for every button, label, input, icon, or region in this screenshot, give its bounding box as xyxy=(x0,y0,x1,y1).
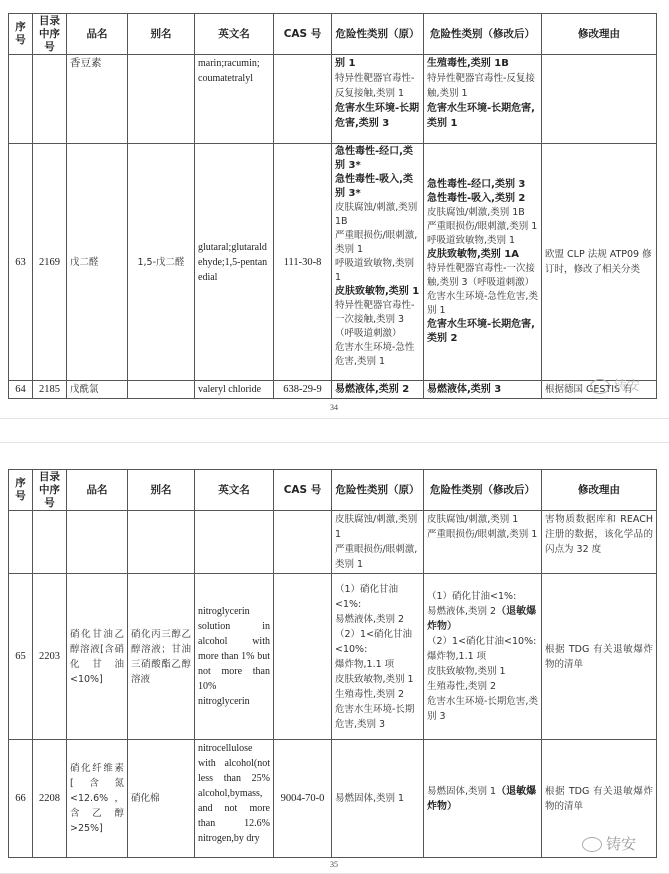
table-row: 香豆素 marin;racumin; coumatetralyl 别 1 特异性… xyxy=(9,55,657,144)
header-english: 英文名 xyxy=(195,14,274,55)
cell-english: nitroglycerin solution in alcohol with m… xyxy=(195,574,274,740)
cell-hazard-orig: 易燃固体,类别 1 xyxy=(332,740,424,858)
cell-alias: 1,5-戊二醛 xyxy=(128,144,195,381)
cell-name: 香豆素 xyxy=(67,55,128,144)
header-hazard-orig: 危险性类别（原） xyxy=(332,14,424,55)
cell-hazard-mod: 易燃固体,类别 1（退敏爆炸物） xyxy=(424,740,542,858)
wechat-icon xyxy=(582,837,602,852)
cell-english: marin;racumin; coumatetralyl xyxy=(195,55,274,144)
cell-name: 硝化纤维素[含氮<12.6%，含乙醇>25%] xyxy=(67,740,128,858)
header-name: 品名 xyxy=(67,470,128,511)
page-number: 35 xyxy=(330,860,338,869)
cell-reason: 欧盟 CLP 法规 ATP09 修订时，修改了相关分类 xyxy=(542,144,657,381)
cell-name: 硝化甘油乙醇溶液[含硝化甘油<10%] xyxy=(67,574,128,740)
cell-cas xyxy=(274,574,332,740)
header-name: 品名 xyxy=(67,14,128,55)
hazard-table-page-34: 序号 目录中序号 品名 别名 英文名 CAS 号 危险性类别（原） 危险性类别（… xyxy=(8,13,657,399)
header-cas: CAS 号 xyxy=(274,14,332,55)
cell-seq: 65 xyxy=(9,574,33,740)
hazard-table-page-35: 序号 目录中序号 品名 别名 英文名 CAS 号 危险性类别（原） 危险性类别（… xyxy=(8,469,657,858)
table-row: 63 2169 戊二醛 1,5-戊二醛 glutaral;glutaraldeh… xyxy=(9,144,657,381)
cell-reason: 害物质数据库和 REACH 注册的数据，该化学品的闪点为 32 度 xyxy=(542,511,657,574)
header-hazard-mod: 危险性类别（修改后） xyxy=(424,14,542,55)
header-alias: 别名 xyxy=(128,14,195,55)
table-row: 66 2208 硝化纤维素[含氮<12.6%，含乙醇>25%] 硝化棉 nitr… xyxy=(9,740,657,858)
cell-hazard-orig: 易燃液体,类别 2 xyxy=(332,381,424,399)
header-catalog-seq: 目录中序号 xyxy=(33,470,67,511)
cell-seq: 64 xyxy=(9,381,33,399)
table-header-row: 序号 目录中序号 品名 别名 英文名 CAS 号 危险性类别（原） 危险性类别（… xyxy=(9,470,657,511)
cell-english: glutaral;glutaraldehyde;1,5-pentanedial xyxy=(195,144,274,381)
header-cas: CAS 号 xyxy=(274,470,332,511)
document-page-35: 序号 目录中序号 品名 别名 英文名 CAS 号 危险性类别（原） 危险性类别（… xyxy=(0,460,669,874)
cell-name: 戊二醛 xyxy=(67,144,128,381)
cell-catalog-seq: 2169 xyxy=(33,144,67,381)
header-reason: 修改理由 xyxy=(542,470,657,511)
cell-seq: 66 xyxy=(9,740,33,858)
page-separator xyxy=(0,442,669,443)
document-page-34: 序号 目录中序号 品名 别名 英文名 CAS 号 危险性类别（原） 危险性类别（… xyxy=(0,0,669,410)
header-hazard-orig: 危险性类别（原） xyxy=(332,470,424,511)
header-seq: 序号 xyxy=(9,470,33,511)
cell-reason: 根据 TDG 有关退敏爆炸物的清单 xyxy=(542,574,657,740)
header-catalog-seq: 目录中序号 xyxy=(33,14,67,55)
header-seq: 序号 xyxy=(9,14,33,55)
watermark: 铸安 xyxy=(582,833,636,854)
cell-alias: 硝化棉 xyxy=(128,740,195,858)
page-number: 34 xyxy=(330,403,338,412)
cell-alias: 硝化丙三醇乙醇溶液；甘油三硝酸酯乙醇溶液 xyxy=(128,574,195,740)
header-hazard-mod: 危险性类别（修改后） xyxy=(424,470,542,511)
cell-seq: 63 xyxy=(9,144,33,381)
cell-hazard-orig: 皮肤腐蚀/刺激,类别 1 严重眼损伤/眼刺激,类别 1 xyxy=(332,511,424,574)
table-row: 皮肤腐蚀/刺激,类别 1 严重眼损伤/眼刺激,类别 1 皮肤腐蚀/刺激,类别 1… xyxy=(9,511,657,574)
cell-cas: 638-29-9 xyxy=(274,381,332,399)
table-header-row: 序号 目录中序号 品名 别名 英文名 CAS 号 危险性类别（原） 危险性类别（… xyxy=(9,14,657,55)
cell-catalog-seq: 2203 xyxy=(33,574,67,740)
cell-hazard-mod: 急性毒性-经口,类别 3 急性毒性-吸入,类别 2 皮肤腐蚀/刺激,类别 1B … xyxy=(424,144,542,381)
header-english: 英文名 xyxy=(195,470,274,511)
watermark: 铸安 xyxy=(590,375,640,394)
cell-hazard-orig: 别 1 特异性靶器官毒性-反复接触,类别 1 危害水生环境-长期危害,类别 3 xyxy=(332,55,424,144)
cell-hazard-mod: （1）硝化甘油<1%: 易燃液体,类别 2（退敏爆炸物） （2）1<硝化甘油<1… xyxy=(424,574,542,740)
cell-cas: 9004-70-0 xyxy=(274,740,332,858)
table-row: 64 2185 戊酰氯 valeryl chloride 638-29-9 易燃… xyxy=(9,381,657,399)
cell-hazard-mod: 生殖毒性,类别 1B 特异性靶器官毒性-反复接触,类别 1 危害水生环境-长期危… xyxy=(424,55,542,144)
header-reason: 修改理由 xyxy=(542,14,657,55)
cell-catalog-seq: 2208 xyxy=(33,740,67,858)
cell-catalog-seq: 2185 xyxy=(33,381,67,399)
cell-name: 戊酰氯 xyxy=(67,381,128,399)
cell-hazard-mod: 易燃液体,类别 3 xyxy=(424,381,542,399)
cell-english: valeryl chloride xyxy=(195,381,274,399)
cell-english: nitrocellulose with alcohol(not less tha… xyxy=(195,740,274,858)
cell-hazard-orig: （1）硝化甘油<1%: 易燃液体,类别 2 （2）1<硝化甘油<10%: 爆炸物… xyxy=(332,574,424,740)
cell-alias xyxy=(128,381,195,399)
wechat-icon xyxy=(590,379,610,394)
page-separator xyxy=(0,418,669,419)
cell-hazard-orig: 急性毒性-经口,类别 3* 急性毒性-吸入,类别 3* 皮肤腐蚀/刺激,类别 1… xyxy=(332,144,424,381)
header-alias: 别名 xyxy=(128,470,195,511)
cell-hazard-mod: 皮肤腐蚀/刺激,类别 1 严重眼损伤/眼刺激,类别 1 xyxy=(424,511,542,574)
table-row: 65 2203 硝化甘油乙醇溶液[含硝化甘油<10%] 硝化丙三醇乙醇溶液；甘油… xyxy=(9,574,657,740)
cell-cas: 111-30-8 xyxy=(274,144,332,381)
